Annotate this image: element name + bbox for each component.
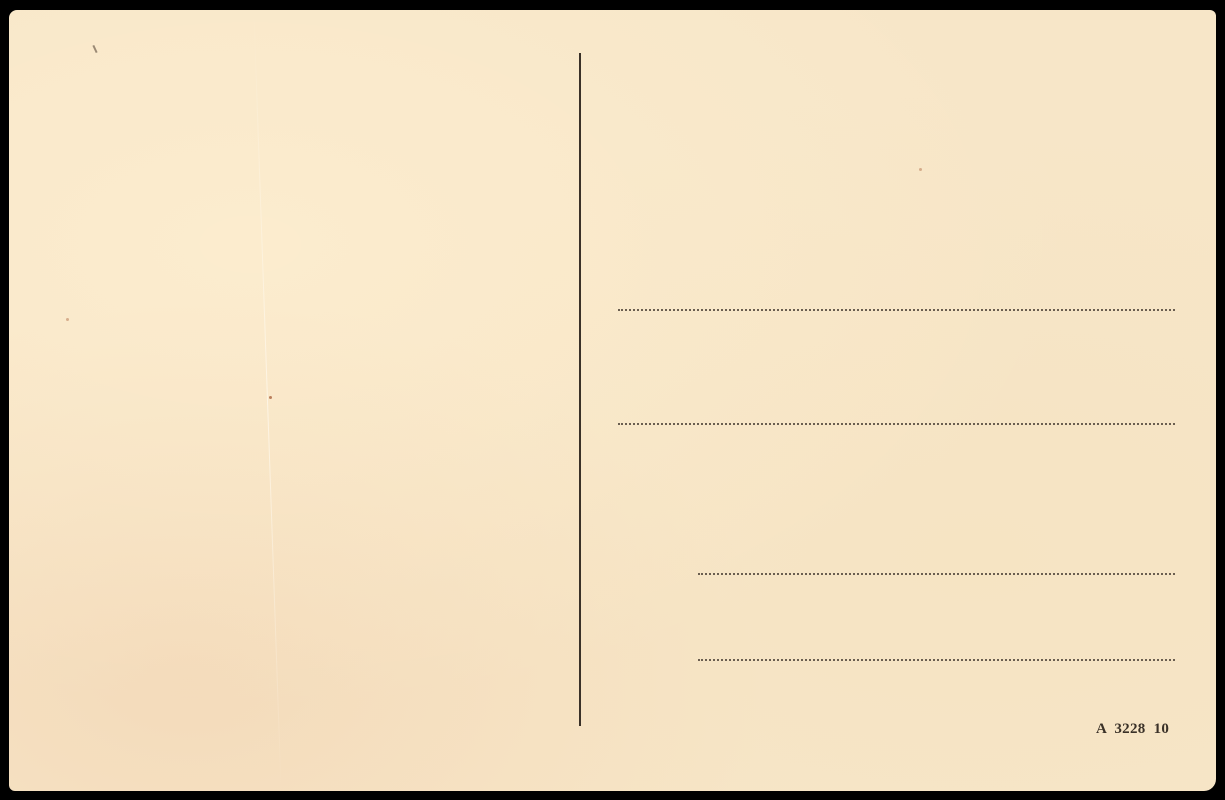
paper-scratch bbox=[92, 45, 97, 53]
paper-crease bbox=[253, 10, 281, 791]
message-address-divider bbox=[579, 53, 581, 726]
postcard-back: A 3228 10 bbox=[9, 10, 1216, 791]
paper-speck bbox=[269, 396, 272, 399]
address-line-3 bbox=[698, 573, 1175, 575]
catalog-number: A 3228 10 bbox=[1096, 721, 1169, 738]
paper-speck bbox=[66, 318, 69, 321]
address-line-4 bbox=[698, 659, 1175, 661]
address-line-1 bbox=[618, 309, 1175, 311]
address-line-2 bbox=[618, 423, 1175, 425]
paper-speck bbox=[919, 168, 922, 171]
